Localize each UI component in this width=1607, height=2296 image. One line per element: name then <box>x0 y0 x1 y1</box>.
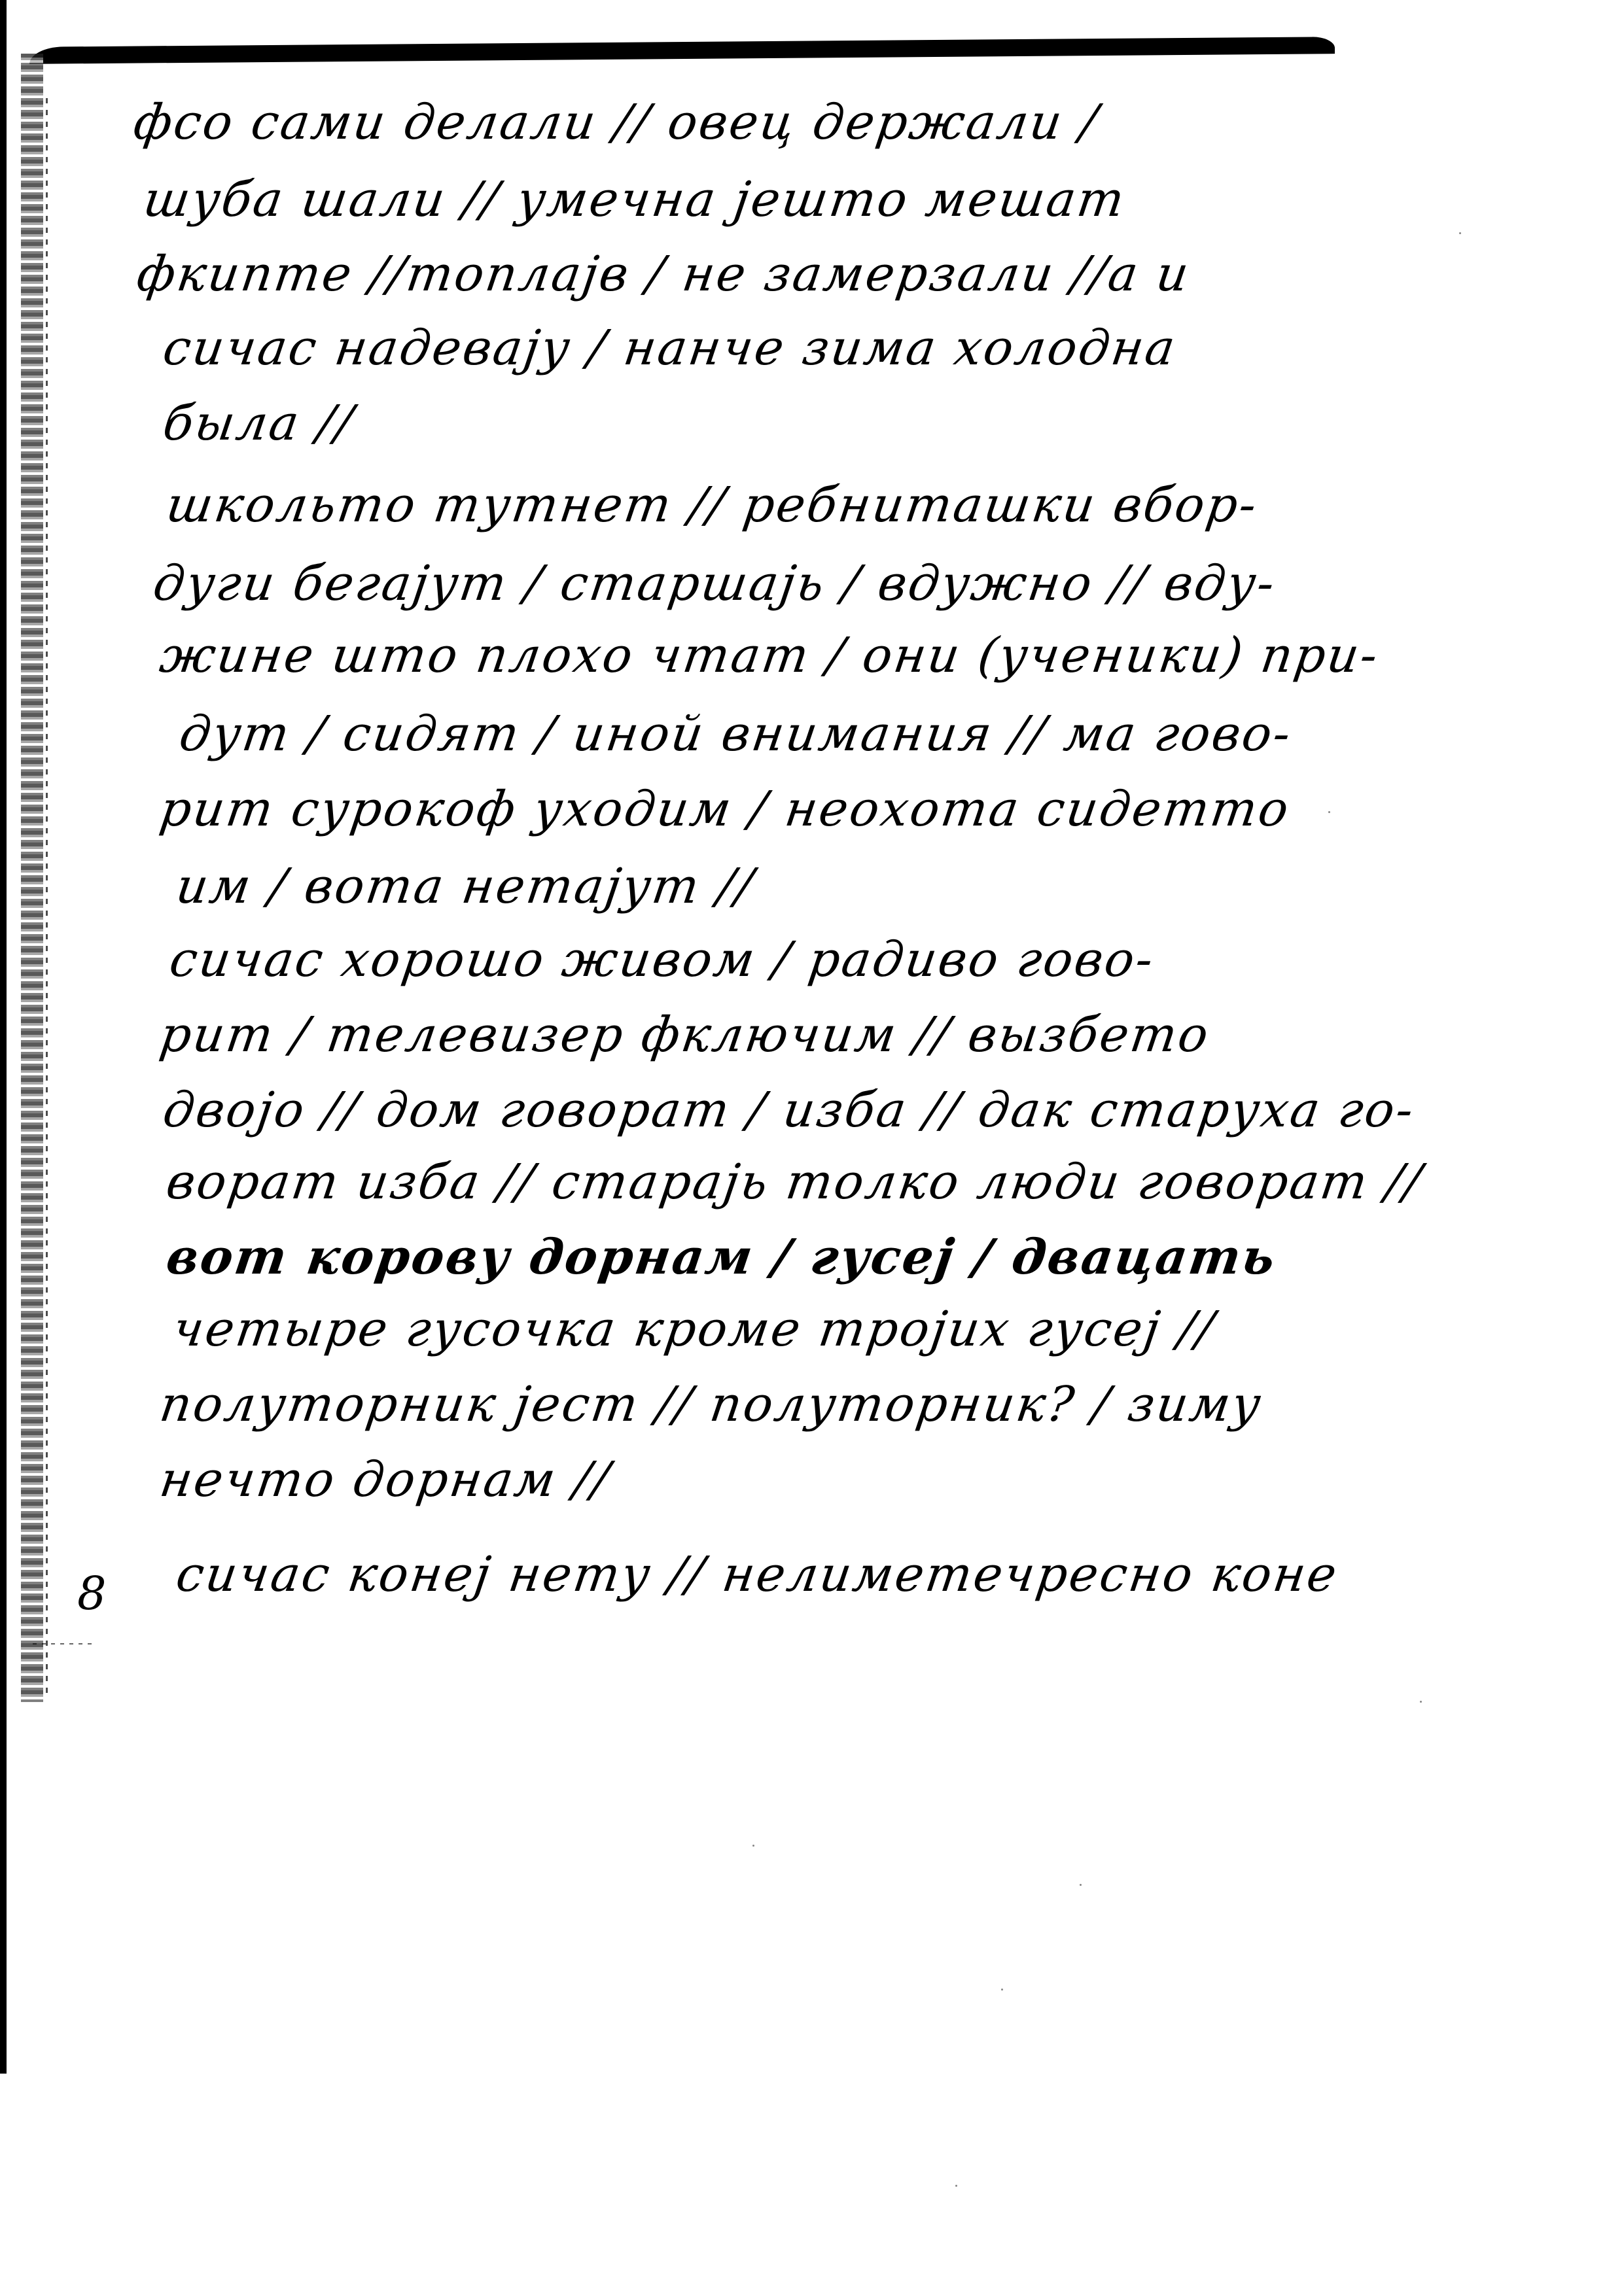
scan-speck <box>1001 1989 1003 1991</box>
scan-left-edge <box>0 0 7 2074</box>
text-line: двојо // дом говорат / изба // дак стару… <box>160 1086 1418 1134</box>
text-line: фсо сами делали // овец держали / <box>131 98 1103 147</box>
text-line: была // <box>160 399 357 447</box>
text-line: сичас хорошо живом / радиво гово- <box>167 935 1158 984</box>
text-line: дут / сидят / иной внимания // ма гово- <box>177 710 1295 758</box>
page-margin-end <box>33 1643 92 1644</box>
text-line: жине што плохо чтат / они (ученики) при- <box>157 631 1383 680</box>
scan-speck <box>1328 811 1330 813</box>
page-left-binding <box>21 54 43 1702</box>
text-line: школьто тутнет // ребниташки вбор- <box>164 481 1261 529</box>
text-line: четыре гусочка кроме тројих гусеј // <box>170 1305 1218 1353</box>
text-line: дуги бегајут / старшајь / вдужно // вду- <box>150 559 1279 608</box>
text-line: рит сурокоф уходим / неохота сидетто <box>157 785 1294 833</box>
text-line: сичас надевају / нанче зима холодна <box>160 324 1180 372</box>
scan-speck <box>955 2185 957 2187</box>
scan-speck <box>1420 1701 1422 1703</box>
margin-page-number: 8 <box>77 1567 107 1620</box>
page-top-border <box>29 37 1335 64</box>
text-line: вот корову дорнам / гусеј / двацать <box>164 1233 1280 1281</box>
text-line: шуба шали // умечна јешто мешат <box>141 175 1129 224</box>
text-line: сичас конеј нету // нелиметечресно коне <box>173 1550 1341 1599</box>
text-line: им / вота нетајут // <box>173 862 758 911</box>
scan-speck <box>1080 1884 1082 1886</box>
text-line: нечто дорнам // <box>157 1455 614 1504</box>
text-line: полуторник јест // полуторник? / зиму <box>157 1380 1265 1429</box>
scan-speck <box>752 1845 754 1847</box>
text-line: ворат изба // старајь толко люди говорат… <box>164 1158 1426 1206</box>
text-line: рит / телевизер фключим // вызбето <box>157 1011 1213 1059</box>
page-margin-line <box>46 98 48 1694</box>
text-line: фкипте //топлајв / не замерзали //а и <box>134 250 1193 298</box>
scan-speck <box>1459 232 1461 234</box>
